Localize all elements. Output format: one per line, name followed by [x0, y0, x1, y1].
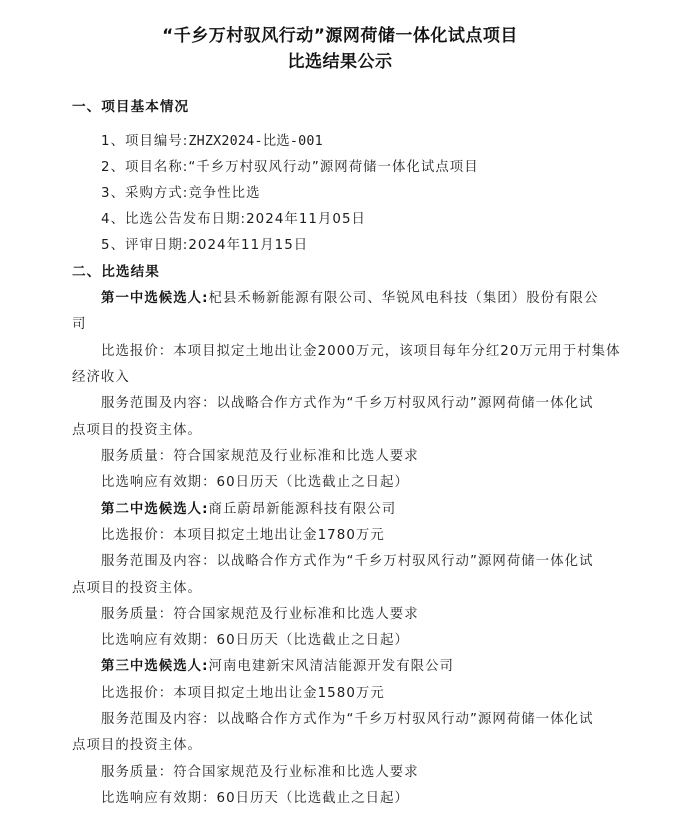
- candidate-1-name-row: 第一中选候选人:杞县禾畅新能源有限公司、华锐风电科技（集团）股份有限公: [101, 289, 661, 309]
- candidate-3-price: 比选报价：本项目拟定土地出让金1580万元: [101, 684, 661, 704]
- project-name-row: 2、项目名称:“千乡万村驭风行动”源网荷储一体化试点项目: [101, 158, 661, 178]
- project-name-value: “千乡万村驭风行动”源网荷储一体化试点项目: [188, 160, 478, 175]
- candidate-1-price-cont: 经济收入: [72, 368, 632, 388]
- project-number-row: 1、项目编号:ZHZX2024-比选-001: [101, 132, 661, 152]
- candidate-2-name: 商丘蔚昂新能源科技有限公司: [209, 502, 397, 517]
- procurement-method-row: 3、采购方式:竞争性比选: [101, 184, 661, 204]
- section1-heading: 一、项目基本情况: [72, 97, 632, 117]
- review-date-row: 5、评审日期:2024年11月15日: [101, 236, 661, 256]
- candidate-2-name-row: 第二中选候选人:商丘蔚昂新能源科技有限公司: [101, 500, 661, 520]
- candidate-2-quality: 服务质量：符合国家规范及行业标准和比选人要求: [101, 605, 661, 625]
- project-number-label: 1、项目编号:: [101, 134, 188, 149]
- announcement-date-label: 4、比选公告发布日期:: [101, 212, 246, 227]
- candidate-1-validity: 比选响应有效期：60日历天（比选截止之日起）: [101, 473, 661, 493]
- announcement-date-value: 2024年11月05日: [246, 212, 366, 227]
- procurement-method-label: 3、采购方式:: [101, 186, 188, 201]
- candidate-2-scope-cont: 点项目的投资主体。: [72, 579, 632, 599]
- candidate-2-scope: 服务范围及内容：以战略合作方式作为“千乡万村驭风行动”源网荷储一体化试: [101, 552, 661, 572]
- candidate-3-name: 河南电建新宋风清洁能源开发有限公司: [209, 659, 455, 674]
- candidate-3-quality: 服务质量：符合国家规范及行业标准和比选人要求: [101, 763, 661, 783]
- candidate-1-name-cont: 司: [72, 315, 632, 335]
- candidate-3-scope: 服务范围及内容：以战略合作方式作为“千乡万村驭风行动”源网荷储一体化试: [101, 710, 661, 730]
- document-title: “千乡万村驭风行动”源网荷储一体化试点项目: [0, 25, 680, 47]
- candidate-3-scope-cont: 点项目的投资主体。: [72, 736, 632, 756]
- candidate-1-quality: 服务质量：符合国家规范及行业标准和比选人要求: [101, 447, 661, 467]
- candidate-2-validity: 比选响应有效期：60日历天（比选截止之日起）: [101, 631, 661, 651]
- document-subtitle: 比选结果公示: [0, 51, 680, 73]
- procurement-method-value: 竞争性比选: [188, 186, 260, 201]
- candidate-1-rank: 第一中选候选人:: [101, 291, 209, 306]
- candidate-3-validity: 比选响应有效期：60日历天（比选截止之日起）: [101, 789, 661, 809]
- section2-heading: 二、比选结果: [72, 262, 632, 282]
- candidate-3-name-row: 第三中选候选人:河南电建新宋风清洁能源开发有限公司: [101, 657, 661, 677]
- announcement-date-row: 4、比选公告发布日期:2024年11月05日: [101, 210, 661, 230]
- candidate-1-scope: 服务范围及内容：以战略合作方式作为“千乡万村驭风行动”源网荷储一体化试: [101, 394, 661, 414]
- project-name-label: 2、项目名称:: [101, 160, 188, 175]
- candidate-1-price: 比选报价：本项目拟定土地出让金2000万元，该项目每年分红20万元用于村集体: [101, 342, 661, 362]
- review-date-label: 5、评审日期:: [101, 238, 188, 253]
- candidate-2-rank: 第二中选候选人:: [101, 502, 209, 517]
- project-number-value: ZHZX2024-比选-001: [188, 134, 323, 149]
- candidate-3-rank: 第三中选候选人:: [101, 659, 209, 674]
- candidate-1-name: 杞县禾畅新能源有限公司、华锐风电科技（集团）股份有限公: [209, 291, 599, 306]
- candidate-1-scope-cont: 点项目的投资主体。: [72, 421, 632, 441]
- review-date-value: 2024年11月15日: [188, 238, 308, 253]
- candidate-2-price: 比选报价：本项目拟定土地出让金1780万元: [101, 526, 661, 546]
- announcement-document: “千乡万村驭风行动”源网荷储一体化试点项目 比选结果公示 一、项目基本情况 1、…: [0, 0, 680, 815]
